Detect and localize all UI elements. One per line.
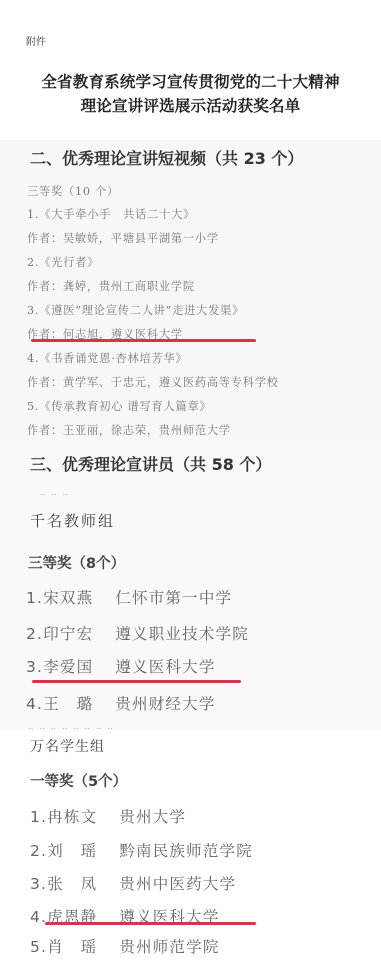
- attachment-label: 附件: [26, 33, 46, 48]
- student-entry: 5.肖 瑶贵州师范学院: [30, 935, 220, 957]
- highlight-underline: [31, 339, 256, 342]
- teacher-entry: 1.宋双燕仁怀市第一中学: [26, 586, 232, 608]
- student-entry: 2.刘 瑶黔南民族师范学院: [30, 839, 253, 861]
- document-title-line2: 理论宣讲评选展示活动获奖名单: [0, 94, 381, 116]
- video-entry-title: 1.《大手牵小手 共话二十大》: [27, 206, 195, 222]
- highlight-underline: [45, 922, 256, 925]
- teacher-entry-highlighted: 3.李爱国遵义医科大学: [26, 655, 216, 677]
- teacher-group-panel: [0, 440, 381, 730]
- video-entry-author: 作者：王亚丽，徐志荣，贵州师范大学: [27, 422, 231, 438]
- section-heading-videos: 二、优秀理论宣讲短视频（共 23 个）: [30, 146, 303, 169]
- teacher-award-level: 三等奖（8个）: [28, 552, 125, 573]
- video-entry-author: 作者：龚婷，贵州工商职业学院: [27, 278, 195, 294]
- teacher-entry: 4.王 璐贵州财经大学: [26, 692, 216, 714]
- section-heading-speakers: 三、优秀理论宣讲员（共 58 个）: [30, 452, 271, 475]
- video-entry-title: 2.《光行者》: [27, 254, 99, 270]
- video-entry-title: 3.《遵医“理论宣传二人讲”走进大发渠》: [27, 302, 244, 318]
- student-award-level: 一等奖（5个）: [30, 770, 127, 791]
- teacher-entry: 2.印宁宏遵义职业技术学院: [26, 622, 249, 644]
- faded-text-fragment: ‥‥‥: [40, 488, 74, 497]
- video-entry-author: 作者：吴敏娇，平塘县平湖第一小学: [27, 230, 219, 246]
- video-entry-author: 作者：黄学军、于忠元，遵义医药高等专科学校: [27, 374, 279, 390]
- student-group-label: 万名学生组: [30, 736, 105, 756]
- award-level-third: 三等奖（10 个）: [27, 183, 119, 199]
- video-entry-title: 5.《传承教育初心 谱写育人篇章》: [27, 398, 211, 414]
- student-entry: 1.冉栋文贵州大学: [30, 805, 186, 827]
- faded-text-fragment: ‥‥‥‥‥‥‥‥: [28, 722, 119, 731]
- teacher-group-label: 千名教师组: [30, 510, 115, 531]
- video-entry-title: 4.《书香诵党恩·杏林培芳华》: [27, 350, 187, 366]
- student-entry: 3.张 凤贵州中医药大学: [30, 872, 236, 894]
- highlight-underline: [32, 680, 241, 683]
- document-title-line1: 全省教育系统学习宣传贯彻党的二十大精神: [0, 70, 381, 92]
